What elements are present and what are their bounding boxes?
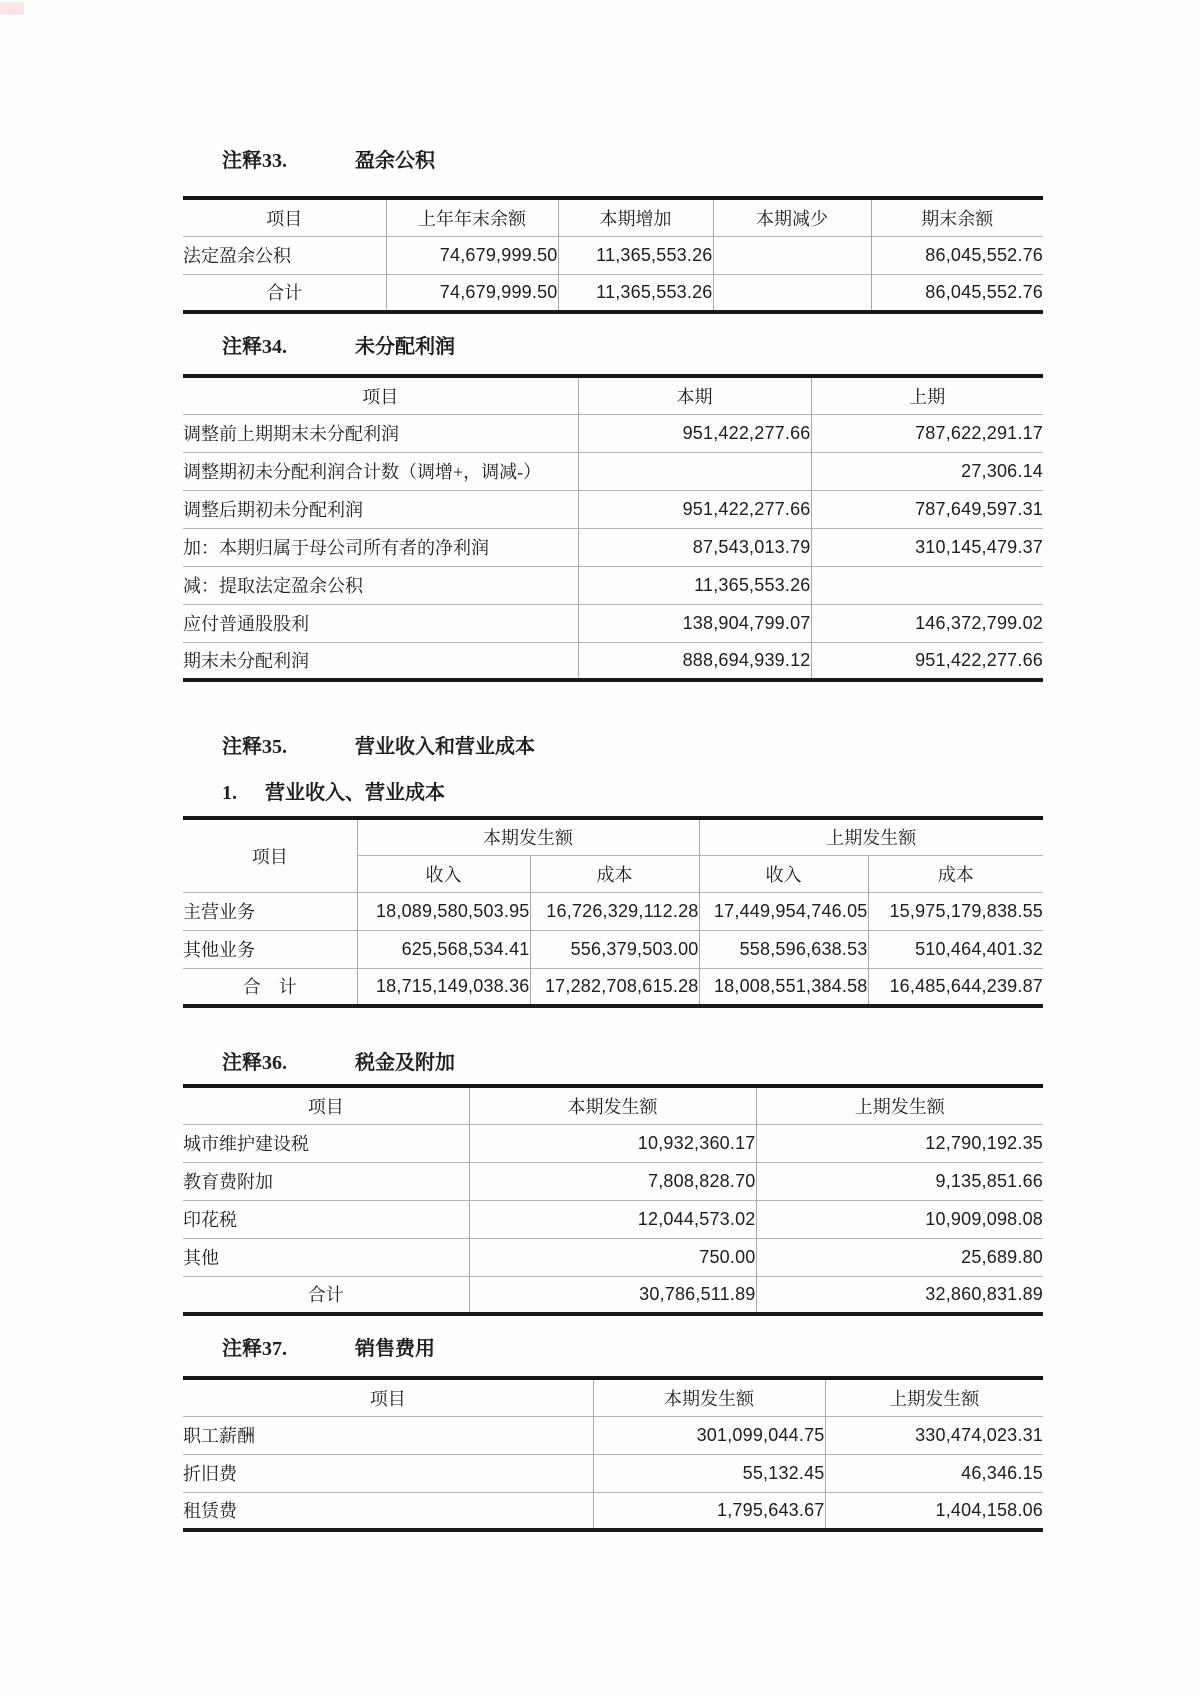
note35-heading: 注释35.营业收入和营业成本: [222, 734, 1200, 760]
column-header: 收入: [357, 855, 530, 892]
amount-cell: 9,135,851.66: [756, 1162, 1043, 1200]
column-header: 本期: [578, 376, 811, 414]
row-label: 城市维护建设税: [183, 1124, 469, 1162]
amount-cell: 951,422,277.66: [578, 414, 811, 452]
amount-cell: 301,099,044.75: [593, 1416, 825, 1454]
column-header: 上期发生额: [756, 1086, 1043, 1124]
amount-cell: 87,543,013.79: [578, 528, 811, 566]
row-label: 减：提取法定盈余公积: [183, 566, 578, 604]
table-row: 调整期初未分配利润合计数（调增+，调减-） 27,306.14: [183, 452, 1043, 490]
note-number: 注释34.: [222, 334, 355, 360]
amount-cell: 16,726,329,112.28: [530, 892, 699, 930]
amount-cell: 7,808,828.70: [469, 1162, 756, 1200]
table-row: 印花税 12,044,573.02 10,909,098.08: [183, 1200, 1043, 1238]
row-label: 期末未分配利润: [183, 642, 578, 680]
amount-cell: 16,485,644,239.87: [868, 968, 1043, 1006]
column-header: 项目: [183, 198, 386, 236]
amount-cell: [578, 452, 811, 490]
note-title-text: 盈余公积: [355, 150, 435, 172]
amount-cell: 11,365,553.26: [558, 274, 713, 312]
header-row: 项目 上年年末余额 本期增加 本期减少 期末余额: [183, 198, 1043, 236]
column-header: 本期发生额: [469, 1086, 756, 1124]
amount-cell: 787,649,597.31: [811, 490, 1043, 528]
amount-cell: [713, 274, 871, 312]
amount-cell: 74,679,999.50: [386, 236, 558, 274]
header-row: 项目 本期发生额 上期发生额: [183, 1086, 1043, 1124]
scan-artifact-mark: [0, 2, 24, 15]
amount-cell: 27,306.14: [811, 452, 1043, 490]
note-number: 注释36.: [222, 1050, 355, 1076]
amount-cell: 787,622,291.17: [811, 414, 1043, 452]
amount-cell: 556,379,503.00: [530, 930, 699, 968]
total-row: 合 计 18,715,149,038.36 17,282,708,615.28 …: [183, 968, 1043, 1006]
amount-cell: 750.00: [469, 1238, 756, 1276]
amount-cell: 558,596,638.53: [699, 930, 868, 968]
revenue-cost-table: 项目 本期发生额 上期发生额 收入 成本 收入 成本 主营业务 18,089,5…: [183, 816, 1043, 1008]
column-header: 项目: [183, 1378, 593, 1416]
row-label: 印花税: [183, 1200, 469, 1238]
row-label: 加：本期归属于母公司所有者的净利润: [183, 528, 578, 566]
row-label: 其他: [183, 1238, 469, 1276]
note33-heading: 注释33.盈余公积: [222, 148, 1200, 174]
note-title-text: 营业收入和营业成本: [355, 736, 535, 758]
amount-cell: 888,694,939.12: [578, 642, 811, 680]
amount-cell: 10,909,098.08: [756, 1200, 1043, 1238]
amount-cell: 310,145,479.37: [811, 528, 1043, 566]
amount-cell: 510,464,401.32: [868, 930, 1043, 968]
total-row: 合计 30,786,511.89 32,860,831.89: [183, 1276, 1043, 1314]
note-number: 注释35.: [222, 734, 355, 760]
amount-cell: 30,786,511.89: [469, 1276, 756, 1314]
amount-cell: 951,422,277.66: [578, 490, 811, 528]
amount-cell: 138,904,799.07: [578, 604, 811, 642]
note-title-text: 销售费用: [355, 1338, 435, 1360]
amount-cell: 1,795,643.67: [593, 1492, 825, 1530]
amount-cell: 86,045,552.76: [871, 274, 1043, 312]
amount-cell: [811, 566, 1043, 604]
amount-cell: 18,008,551,384.58: [699, 968, 868, 1006]
row-label: 折旧费: [183, 1454, 593, 1492]
table-row: 加：本期归属于母公司所有者的净利润 87,543,013.79 310,145,…: [183, 528, 1043, 566]
amount-cell: 11,365,553.26: [578, 566, 811, 604]
header-row: 项目 本期发生额 上期发生额: [183, 1378, 1043, 1416]
table-row: 教育费附加 7,808,828.70 9,135,851.66: [183, 1162, 1043, 1200]
amount-cell: 86,045,552.76: [871, 236, 1043, 274]
amount-cell: 12,790,192.35: [756, 1124, 1043, 1162]
row-label: 租赁费: [183, 1492, 593, 1530]
column-header: 成本: [530, 855, 699, 892]
column-header: 本期减少: [713, 198, 871, 236]
column-header: 上期发生额: [825, 1378, 1043, 1416]
header-row: 项目 本期 上期: [183, 376, 1043, 414]
group-column-header: 本期发生额: [357, 818, 699, 855]
table-row: 折旧费 55,132.45 46,346.15: [183, 1454, 1043, 1492]
selling-expenses-table: 项目 本期发生额 上期发生额 职工薪酬 301,099,044.75 330,4…: [183, 1376, 1043, 1532]
amount-cell: 18,715,149,038.36: [357, 968, 530, 1006]
table-row: 其他 750.00 25,689.80: [183, 1238, 1043, 1276]
amount-cell: [713, 236, 871, 274]
amount-cell: 1,404,158.06: [825, 1492, 1043, 1530]
note36-heading: 注释36.税金及附加: [222, 1050, 1200, 1076]
note37-heading: 注释37.销售费用: [222, 1336, 1200, 1362]
table-row: 租赁费 1,795,643.67 1,404,158.06: [183, 1492, 1043, 1530]
column-header: 本期增加: [558, 198, 713, 236]
column-header: 上年年末余额: [386, 198, 558, 236]
undistributed-profit-table: 项目 本期 上期 调整前上期期末未分配利润 951,422,277.66 787…: [183, 374, 1043, 682]
amount-cell: 625,568,534.41: [357, 930, 530, 968]
total-row: 合计 74,679,999.50 11,365,553.26 86,045,55…: [183, 274, 1043, 312]
sub-number: 1.: [222, 780, 265, 806]
group-header-row: 项目 本期发生额 上期发生额: [183, 818, 1043, 855]
amount-cell: 951,422,277.66: [811, 642, 1043, 680]
column-header: 项目: [183, 1086, 469, 1124]
column-header: 项目: [183, 376, 578, 414]
column-header: 项目: [183, 818, 357, 892]
amount-cell: 11,365,553.26: [558, 236, 713, 274]
row-label: 主营业务: [183, 892, 357, 930]
table-row: 调整前上期期末未分配利润 951,422,277.66 787,622,291.…: [183, 414, 1043, 452]
table-row: 其他业务 625,568,534.41 556,379,503.00 558,5…: [183, 930, 1043, 968]
table-row: 法定盈余公积 74,679,999.50 11,365,553.26 86,04…: [183, 236, 1043, 274]
amount-cell: 146,372,799.02: [811, 604, 1043, 642]
document-page: 注释33.盈余公积 项目 上年年末余额 本期增加 本期减少 期末余额 法定盈余公…: [0, 0, 1200, 1697]
amount-cell: 10,932,360.17: [469, 1124, 756, 1162]
table-row: 职工薪酬 301,099,044.75 330,474,023.31: [183, 1416, 1043, 1454]
row-label: 调整期初未分配利润合计数（调增+，调减-）: [183, 452, 578, 490]
row-label: 调整后期初未分配利润: [183, 490, 578, 528]
amount-cell: 25,689.80: [756, 1238, 1043, 1276]
row-label: 合计: [183, 1276, 469, 1314]
table-row: 主营业务 18,089,580,503.95 16,726,329,112.28…: [183, 892, 1043, 930]
column-header: 成本: [868, 855, 1043, 892]
group-column-header: 上期发生额: [699, 818, 1043, 855]
table-row: 城市维护建设税 10,932,360.17 12,790,192.35: [183, 1124, 1043, 1162]
amount-cell: 17,449,954,746.05: [699, 892, 868, 930]
row-label: 应付普通股股利: [183, 604, 578, 642]
table-row: 期末未分配利润 888,694,939.12 951,422,277.66: [183, 642, 1043, 680]
note-title-text: 未分配利润: [355, 336, 455, 358]
amount-cell: 46,346.15: [825, 1454, 1043, 1492]
amount-cell: 55,132.45: [593, 1454, 825, 1492]
row-label: 法定盈余公积: [183, 236, 386, 274]
table-row: 减：提取法定盈余公积 11,365,553.26: [183, 566, 1043, 604]
note-number: 注释33.: [222, 148, 355, 174]
amount-cell: 74,679,999.50: [386, 274, 558, 312]
amount-cell: 15,975,179,838.55: [868, 892, 1043, 930]
amount-cell: 18,089,580,503.95: [357, 892, 530, 930]
column-header: 期末余额: [871, 198, 1043, 236]
note-title-text: 税金及附加: [355, 1052, 455, 1074]
column-header: 本期发生额: [593, 1378, 825, 1416]
row-label: 合计: [183, 274, 386, 312]
table-row: 应付普通股股利 138,904,799.07 146,372,799.02: [183, 604, 1043, 642]
row-label: 合 计: [183, 968, 357, 1006]
note35-subheading: 1.营业收入、营业成本: [222, 780, 1200, 806]
row-label: 职工薪酬: [183, 1416, 593, 1454]
sub-title-text: 营业收入、营业成本: [265, 782, 445, 804]
amount-cell: 32,860,831.89: [756, 1276, 1043, 1314]
taxes-surcharges-table: 项目 本期发生额 上期发生额 城市维护建设税 10,932,360.17 12,…: [183, 1084, 1043, 1316]
row-label: 其他业务: [183, 930, 357, 968]
table-row: 调整后期初未分配利润 951,422,277.66 787,649,597.31: [183, 490, 1043, 528]
note34-heading: 注释34.未分配利润: [222, 334, 1200, 360]
amount-cell: 330,474,023.31: [825, 1416, 1043, 1454]
amount-cell: 12,044,573.02: [469, 1200, 756, 1238]
row-label: 调整前上期期末未分配利润: [183, 414, 578, 452]
row-label: 教育费附加: [183, 1162, 469, 1200]
surplus-reserve-table: 项目 上年年末余额 本期增加 本期减少 期末余额 法定盈余公积 74,679,9…: [183, 196, 1043, 314]
column-header: 收入: [699, 855, 868, 892]
amount-cell: 17,282,708,615.28: [530, 968, 699, 1006]
column-header: 上期: [811, 376, 1043, 414]
note-number: 注释37.: [222, 1336, 355, 1362]
